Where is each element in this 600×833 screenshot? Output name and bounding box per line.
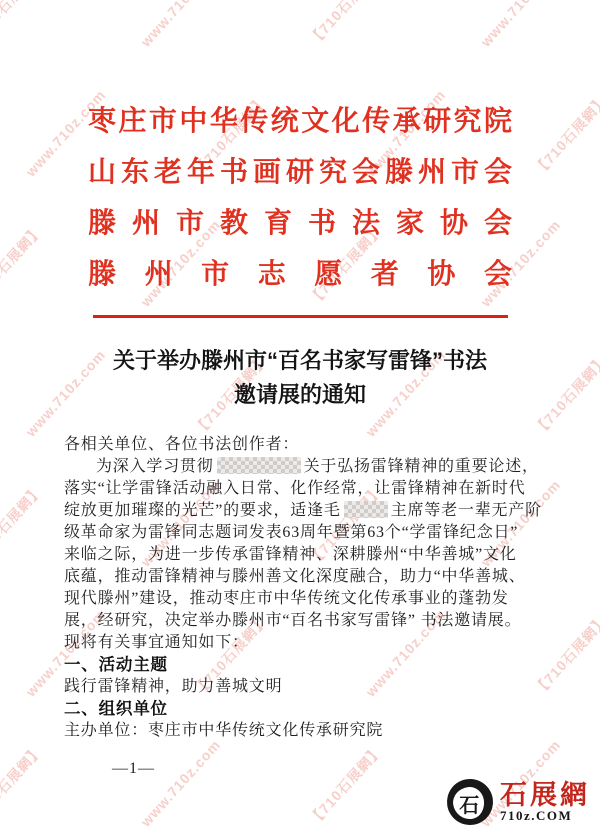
section-1-text: 践行雷锋精神，助力善城文明 [64, 676, 558, 698]
paragraph-line-9: 现将有关事宜通知如下： [64, 632, 558, 654]
paragraph-line-1-start: 为深入学习贯彻 [96, 458, 214, 475]
ink-circle-icon: 石 [444, 776, 496, 828]
letterhead-divider [93, 315, 508, 318]
stone-seal-glyph: 石 [459, 789, 479, 818]
paragraph-line-3: 绽放更加璀璨的光芒”的要求，适逢毛主席等老一辈无产阶 [64, 500, 558, 522]
letterhead-org-3: 滕州市教育书法家协会 [88, 197, 512, 248]
document-content: 枣庄市中华传统文化传承研究院 山东老年书画研究会滕州市会 滕州市教育书法家协会 … [0, 95, 600, 780]
censored-name-block-1 [217, 457, 301, 474]
paragraph-line-6: 底蕴，推动雷锋精神与滕州善文化深度融合，助力“中华善城、 [64, 566, 558, 588]
censored-name-block-2 [344, 501, 388, 518]
paragraph-line-1-end: 关于弘扬雷锋精神的重要论述， [304, 458, 539, 475]
paragraph-line-2: 落实“让学雷锋活动融入日常、化作经常，让雷锋精神在新时代 [64, 478, 558, 500]
paragraph-line-7: 现代滕州”建设，推动枣庄市中华传统文化传承事业的蓬勃发 [64, 588, 558, 610]
paragraph-line-5: 来临之际，为进一步传承雷锋精神、深耕滕州“中华善城”文化 [64, 544, 558, 566]
site-logo-text: 石展網 710z.COM [500, 782, 590, 823]
paragraph-line-3-end: 主席等老一辈无产阶 [391, 502, 542, 519]
letterhead-org-1: 枣庄市中华传统文化传承研究院 [88, 95, 512, 146]
document-body: 各相关单位、各位书法创作者： 为深入学习贯彻关于弘扬雷锋精神的重要论述， 落实“… [64, 434, 558, 780]
watermark-text: 【710石展網】 [304, 0, 387, 49]
section-2-text: 主办单位：枣庄市中华传统文化传承研究院 [64, 720, 558, 742]
letterhead: 枣庄市中华传统文化传承研究院 山东老年书画研究会滕州市会 滕州市教育书法家协会 … [88, 95, 512, 299]
paragraph-line-3-start: 绽放更加璀璨的光芒”的要求，适逢毛 [64, 502, 341, 519]
section-2-heading: 二、组织单位 [64, 698, 558, 720]
salutation: 各相关单位、各位书法创作者： [64, 434, 558, 456]
letterhead-org-2: 山东老年书画研究会滕州市会 [88, 146, 512, 197]
watermark-text: 【710石展網】 [0, 0, 47, 49]
watermark-text: www.710z.com [137, 0, 223, 50]
paragraph-line-8: 展，经研究，决定举办滕州市“百名书家写雷锋” 书法邀请展。 [64, 610, 558, 632]
page-number: —1— [112, 758, 558, 780]
watermark-text: www.710z.com [477, 0, 563, 50]
site-name: 石展網 [500, 782, 590, 809]
document-page: 【710石展網】www.710z.com【710石展網】www.710z.com… [0, 0, 600, 833]
site-logo: 石 石展網 710z.COM [447, 779, 590, 825]
letterhead-org-4: 滕州市志愿者协会 [88, 248, 512, 299]
paragraph-line-1: 为深入学习贯彻关于弘扬雷锋精神的重要论述， [64, 456, 558, 478]
site-url: 710z.COM [500, 809, 590, 823]
document-title: 关于举办滕州市“百名书家写雷锋”书法 邀请展的通知 [0, 344, 600, 412]
section-1-heading: 一、活动主题 [64, 654, 558, 676]
document-title-line-1: 关于举办滕州市“百名书家写雷锋”书法 [0, 344, 600, 378]
paragraph-line-4: 级革命家为雷锋同志题词发表63周年暨第63个“学雷锋纪念日” [64, 522, 558, 544]
document-title-line-2: 邀请展的通知 [0, 378, 600, 412]
